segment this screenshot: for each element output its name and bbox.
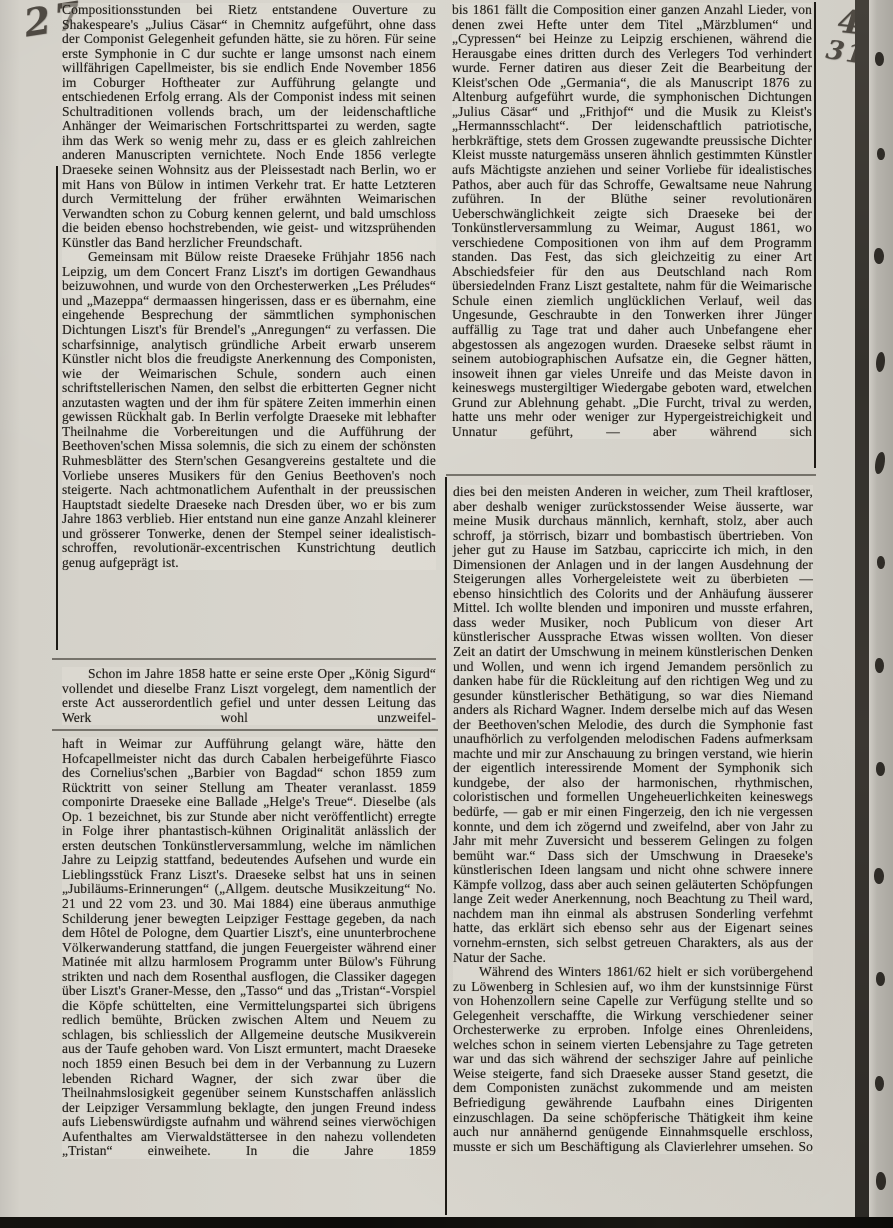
page-edge-strip — [869, 0, 893, 1228]
scanned-document-page: 27 4 31 Compositionsstunden bei Rietz en… — [0, 0, 893, 1228]
binding-mark — [875, 452, 885, 474]
page-gutter-shadow — [855, 0, 869, 1228]
clipping-edge-right-vertical-bottom — [445, 477, 447, 1215]
binding-mark — [875, 52, 884, 66]
scan-bottom-edge — [0, 1217, 893, 1228]
paragraph: bis 1861 fällt die Composition einer gan… — [452, 3, 812, 439]
clipping-edge-left-horizontal-2 — [52, 729, 438, 731]
paragraph: dies bei den meisten Anderen in weicher,… — [453, 485, 813, 965]
clipping-edge-right-horizontal — [446, 474, 816, 476]
clipping-edge-right-vertical-top — [814, 2, 816, 468]
paragraph: Gemeinsam mit Bülow reiste Draeseke Früh… — [62, 250, 436, 570]
binding-mark — [875, 658, 884, 673]
paragraph: haft in Weimar zur Aufführung gelangt wä… — [62, 737, 436, 1159]
binding-mark — [875, 1076, 884, 1091]
left-column-clipping-1: Compositionsstunden bei Rietz entstanden… — [62, 3, 436, 570]
paragraph: Während des Winters 1861/62 hielt er sic… — [453, 965, 813, 1154]
clipping-edge-left-vertical — [56, 166, 58, 650]
binding-mark — [874, 248, 884, 264]
right-column-clipping-2: dies bei den meisten Anderen in weicher,… — [453, 485, 813, 1154]
binding-mark — [874, 868, 884, 884]
binding-mark — [876, 762, 885, 776]
binding-mark — [876, 1172, 886, 1190]
right-column-clipping-1: bis 1861 fällt die Composition einer gan… — [452, 3, 812, 439]
left-column-clipping-2: Schon im Jahre 1858 hatte er seine erste… — [62, 667, 436, 725]
binding-mark — [876, 972, 885, 986]
paragraph: Compositionsstunden bei Rietz entstanden… — [62, 3, 436, 250]
clipping-edge-left-horizontal-1 — [52, 658, 436, 660]
left-column-clipping-3: haft in Weimar zur Aufführung gelangt wä… — [62, 737, 436, 1159]
binding-mark — [877, 148, 885, 160]
paragraph: Schon im Jahre 1858 hatte er seine erste… — [62, 667, 436, 725]
binding-mark — [876, 352, 885, 372]
binding-mark — [877, 556, 885, 569]
